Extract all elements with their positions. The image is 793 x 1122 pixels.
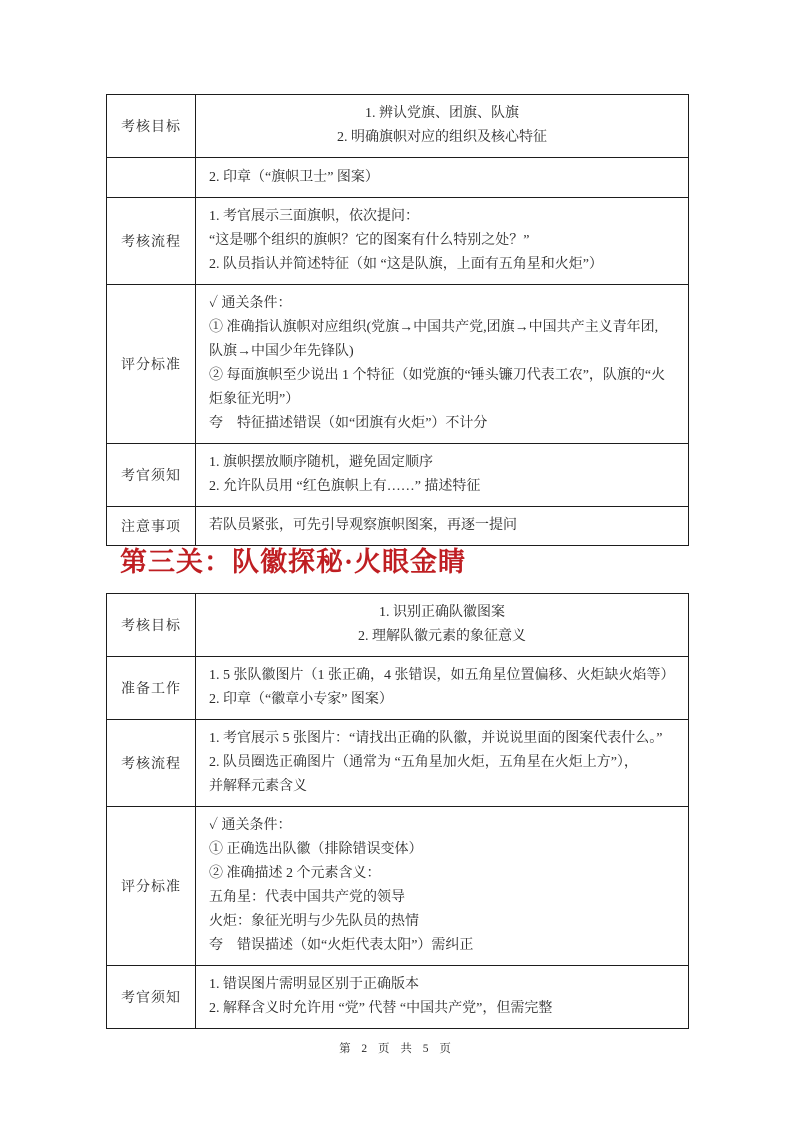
cell-line: 火炬：象征光明与少先队员的热情 [209,910,678,934]
table-row: 考官须知 1. 旗帜摆放顺序随机，避免固定顺序 2. 允许队员用 “红色旗帜上有… [107,444,688,507]
table-row: 考核流程 1. 考官展示三面旗帜，依次提问： “这是哪个组织的旗帜？它的图案有什… [107,198,688,285]
cell-line: 1. 考官展示三面旗帜，依次提问： [209,205,678,229]
table-row: 考核目标 1. 辨认党旗、团旗、队旗 2. 明确旗帜对应的组织及核心特征 [107,95,688,158]
table-row: 考核流程 1. 考官展示 5 张图片：“请找出正确的队徽，并说说里面的图案代表什… [107,720,688,807]
cell-line: 2. 印章（“徽章小专家” 图案） [209,688,678,712]
cell-line: 炬象征光明”） [209,388,678,412]
row-content: 1. 识别正确队徽图案 2. 理解队徽元素的象征意义 [196,594,688,656]
row-label: 考核流程 [107,720,196,806]
cell-line: 2. 队员圈选正确图片（通常为 “五角星加火炬，五角星在火炬上方”）， [209,751,678,775]
section-heading: 第三关：队徽探秘·火眼金睛 [120,540,466,579]
cell-line: 1. 辨认党旗、团旗、队旗 [206,102,678,126]
row-content: ✓ 通关条件： ① 准确指认旗帜对应组织(党旗→中国共产党,团旗→中国共产主义青… [196,285,688,443]
cell-line: 2. 理解队徽元素的象征意义 [206,625,678,649]
cell-line: 1. 识别正确队徽图案 [206,601,678,625]
table-row: 准备工作 1. 5 张队徽图片（1 张正确，4 张错误，如五角星位置偏移、火炬缺… [107,657,688,720]
cell-line: 2. 允许队员用 “红色旗帜上有……” 描述特征 [209,475,678,499]
row-label [107,158,196,197]
cell-line: 2. 解释含义时允许用 “党” 代替 “中国共产党”，但需完整 [209,997,678,1021]
row-content: 1. 5 张队徽图片（1 张正确，4 张错误，如五角星位置偏移、火炬缺火焰等） … [196,657,688,719]
table-row: 考核目标 1. 识别正确队徽图案 2. 理解队徽元素的象征意义 [107,594,688,657]
table-row: 2. 印章（“旗帜卫士” 图案） [107,158,688,198]
row-content: 1. 旗帜摆放顺序随机，避免固定顺序 2. 允许队员用 “红色旗帜上有……” 描… [196,444,688,506]
row-label: 考官须知 [107,966,196,1028]
table-row: 评分标准 ✓ 通关条件： ① 准确指认旗帜对应组织(党旗→中国共产党,团旗→中国… [107,285,688,444]
row-content: 1. 考官展示 5 张图片：“请找出正确的队徽，并说说里面的图案代表什么。” 2… [196,720,688,806]
row-content: ✓ 通关条件： ① 正确选出队徽（排除错误变体） ② 准确描述 2 个元素含义：… [196,807,688,965]
assessment-table-1: 考核目标 1. 辨认党旗、团旗、队旗 2. 明确旗帜对应的组织及核心特征 2. … [106,94,689,546]
row-label: 考官须知 [107,444,196,506]
row-content: 2. 印章（“旗帜卫士” 图案） [196,158,688,197]
cell-line: 1. 旗帜摆放顺序随机，避免固定顺序 [209,451,678,475]
row-label: 评分标准 [107,285,196,443]
page-number: 第 2 页 共 5 页 [0,1040,793,1056]
pass-condition-line: ✓ 通关条件： [209,292,678,316]
cell-line: ② 准确描述 2 个元素含义： [209,862,678,886]
cell-line: ① 正确选出队徽（排除错误变体） [209,838,678,862]
cell-line: ① 准确指认旗帜对应组织(党旗→中国共产党,团旗→中国共产主义青年团, [209,316,678,340]
row-label: 考核目标 [107,594,196,656]
row-label: 考核流程 [107,198,196,284]
row-content: 1. 考官展示三面旗帜，依次提问： “这是哪个组织的旗帜？它的图案有什么特别之处… [196,198,688,284]
document-page: 考核目标 1. 辨认党旗、团旗、队旗 2. 明确旗帜对应的组织及核心特征 2. … [0,0,793,1122]
cell-line: 2. 明确旗帜对应的组织及核心特征 [206,126,678,150]
cell-line: ② 每面旗帜至少说出 1 个特征（如党旗的“锤头镰刀代表工农”，队旗的“火 [209,364,678,388]
cell-line: 并解释元素含义 [209,775,678,799]
assessment-table-2: 考核目标 1. 识别正确队徽图案 2. 理解队徽元素的象征意义 准备工作 1. … [106,593,689,1029]
cell-line: 1. 错误图片需明显区别于正确版本 [209,973,678,997]
cell-line: 2. 队员指认并简述特征（如 “这是队旗，上面有五角星和火炬”） [209,253,678,277]
cell-line: 若队员紧张，可先引导观察旗帜图案，再逐一提问 [209,514,678,538]
row-label: 评分标准 [107,807,196,965]
cell-line: 夸 错误描述（如“火炬代表太阳”）需纠正 [209,934,678,958]
cell-line: 2. 印章（“旗帜卫士” 图案） [209,166,678,190]
table-row: 评分标准 ✓ 通关条件： ① 正确选出队徽（排除错误变体） ② 准确描述 2 个… [107,807,688,966]
row-label: 准备工作 [107,657,196,719]
cell-line: “这是哪个组织的旗帜？它的图案有什么特别之处？” [209,229,678,253]
row-content: 1. 辨认党旗、团旗、队旗 2. 明确旗帜对应的组织及核心特征 [196,95,688,157]
pass-condition-line: ✓ 通关条件： [209,814,678,838]
cell-line: 队旗→中国少年先锋队) [209,340,678,364]
cell-line: 1. 考官展示 5 张图片：“请找出正确的队徽，并说说里面的图案代表什么。” [209,727,678,751]
cell-line: 夸 特征描述错误（如“团旗有火炬”）不计分 [209,412,678,436]
table-row: 考官须知 1. 错误图片需明显区别于正确版本 2. 解释含义时允许用 “党” 代… [107,966,688,1028]
row-content: 1. 错误图片需明显区别于正确版本 2. 解释含义时允许用 “党” 代替 “中国… [196,966,688,1028]
cell-line: 五角星：代表中国共产党的领导 [209,886,678,910]
row-label: 考核目标 [107,95,196,157]
cell-line: 1. 5 张队徽图片（1 张正确，4 张错误，如五角星位置偏移、火炬缺火焰等） [209,664,678,688]
